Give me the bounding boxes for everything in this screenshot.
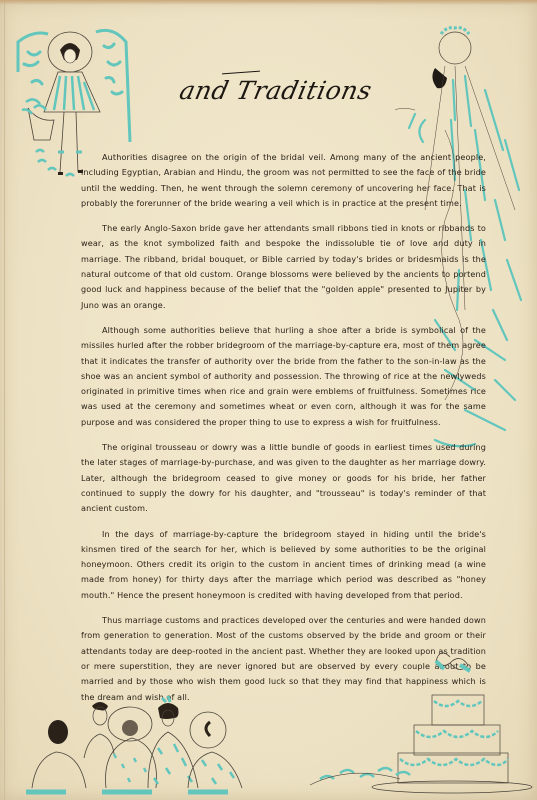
title-flourish: [222, 71, 260, 75]
article-body: Authorities disagree on the origin of th…: [81, 150, 486, 715]
paragraph-bridal-veil: Authorities disagree on the origin of th…: [81, 150, 486, 211]
paragraph-ribbons: The early Anglo-Saxon bride gave her att…: [81, 221, 486, 313]
wedding-guests-illustration: [18, 688, 268, 798]
page-title: and Traditions: [177, 76, 375, 105]
paragraph-honeymoon: In the days of marriage-by-capture the b…: [81, 527, 486, 603]
book-page: and Traditions Authorities disagree on t…: [0, 0, 537, 800]
paragraph-shoe-and-rice: Although some authorities believe that h…: [81, 323, 486, 430]
paragraph-trousseau: The original trousseau or dowry was a li…: [81, 440, 486, 516]
wedding-cake-illustration: [300, 645, 537, 795]
